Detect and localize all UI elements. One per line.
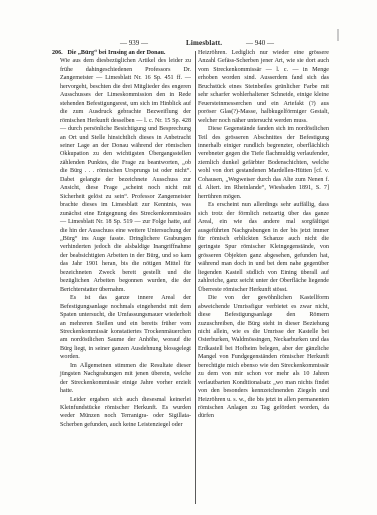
paragraph: Heizröhren. Lediglich nur wieder eine gr…: [198, 49, 329, 125]
article-number: 206.: [52, 49, 66, 57]
page-number-left: — 939 —: [120, 38, 148, 48]
paragraph: Im Allgemeinen stimmen die Resultate die…: [60, 362, 191, 396]
journal-title: Limesblatt.: [186, 38, 222, 48]
article-title: Die „Bürg“ bei Irnsing an der Donau.: [68, 50, 166, 56]
left-column: 206. Die „Bürg“ bei Irnsing an der Donau…: [60, 49, 191, 429]
right-column: Heizröhren. Lediglich nur wieder eine gr…: [198, 49, 329, 421]
column-divider: [195, 51, 196, 504]
scanned-page: — 939 — Limesblatt. — 940 — 206. Die „Bü…: [0, 0, 377, 515]
running-header: — 939 — Limesblatt. — 940 —: [58, 38, 328, 48]
scan-margin-mark: [337, 29, 339, 41]
paragraph: Wie aus dem diesbezüglichen Artikel des …: [60, 57, 191, 294]
paragraph: Diese Gegenstände fanden sich im nordöst…: [198, 125, 329, 201]
paragraph: Es erscheint nun allerdings sehr auffäll…: [198, 201, 329, 294]
paragraph: Es ist das ganze innere Areal der Befest…: [60, 294, 191, 362]
paragraph: Leider ergaben sich auch diesesmal keine…: [60, 396, 191, 430]
page-number-right: — 940 —: [246, 38, 274, 48]
article-heading: 206. Die „Bürg“ bei Irnsing an der Donau…: [60, 49, 191, 57]
paragraph: Die von der gewöhnlichen Kastellform abw…: [198, 294, 329, 421]
